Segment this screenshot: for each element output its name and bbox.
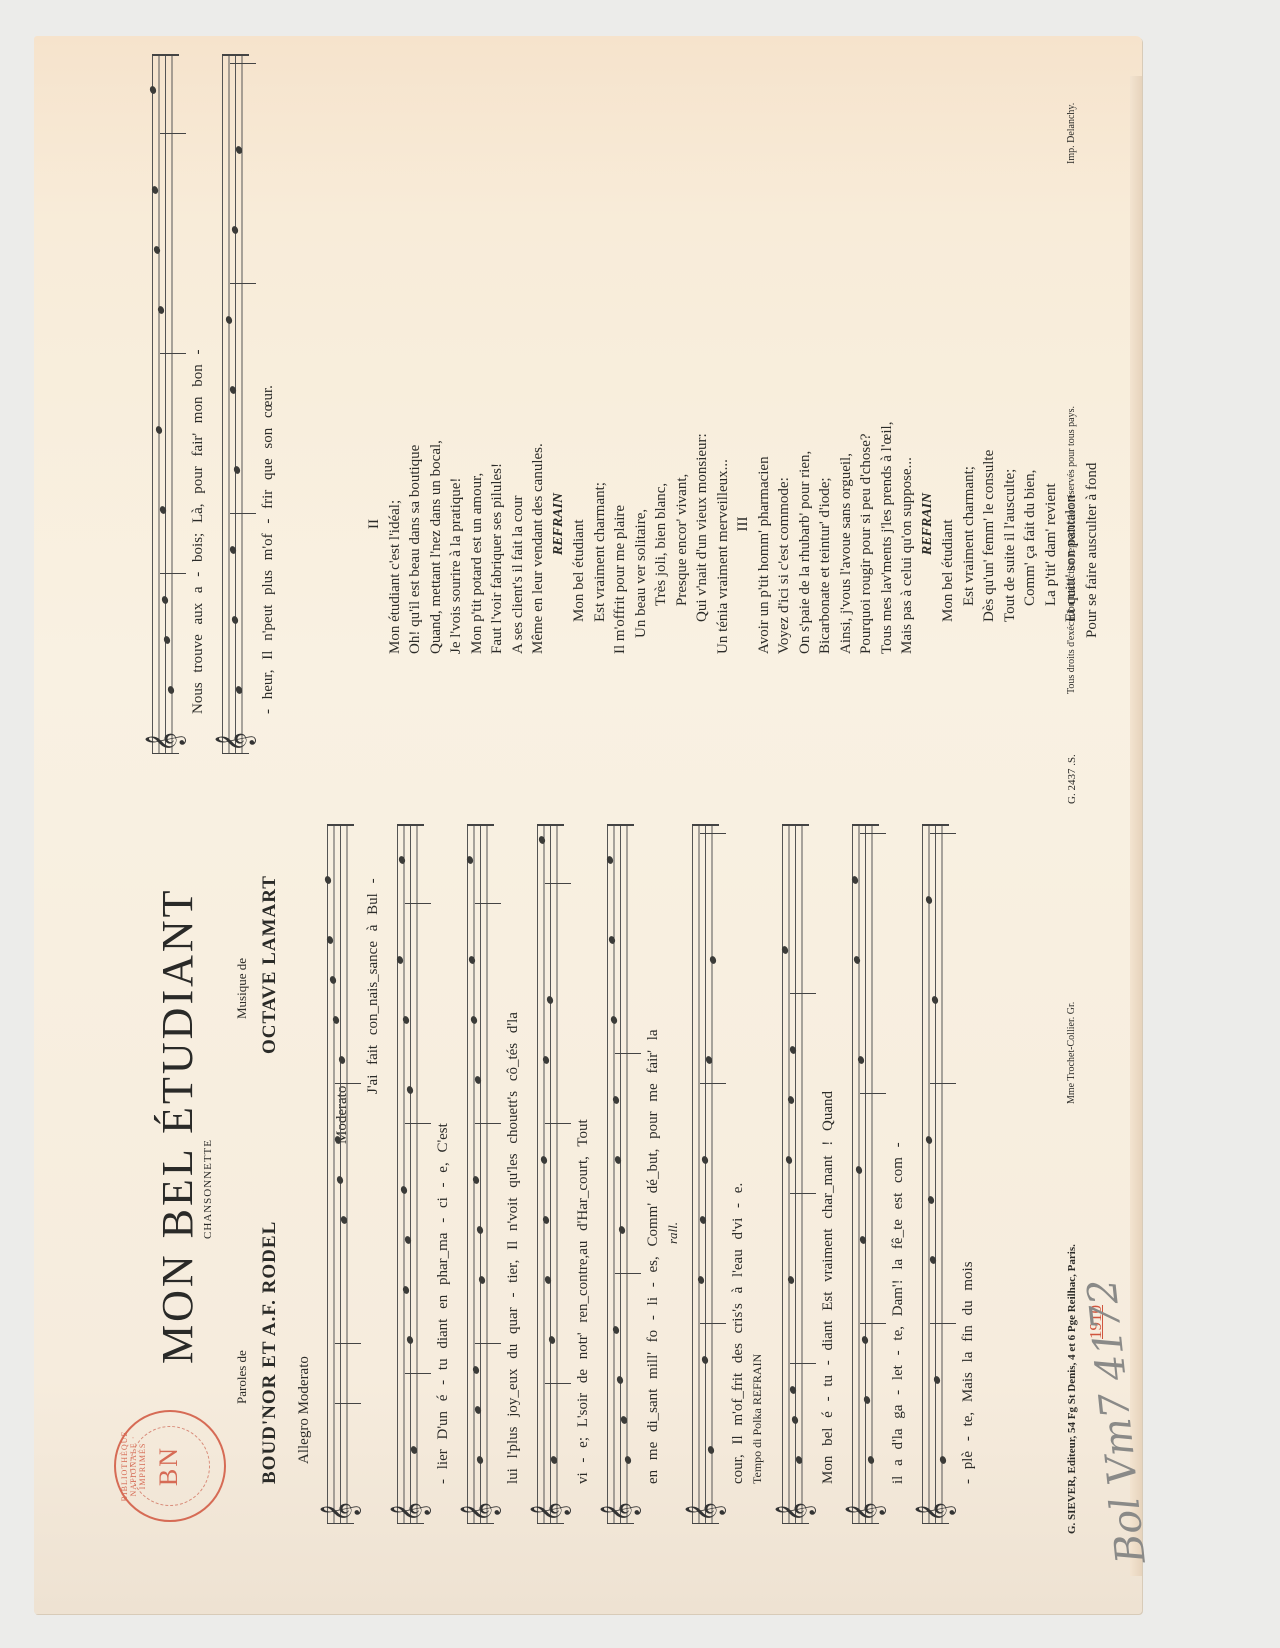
lyric-line: cour, Il m'of_frit des cris's à l'eau d'… xyxy=(730,1183,747,1484)
staff-system: 𝄞 - lier D'un é - tu diant en phar_ma - … xyxy=(389,824,459,1524)
refrain-line: Presque encor' vivant, xyxy=(672,394,693,654)
composer: OCTAVE LAMART xyxy=(259,875,281,1054)
staff-system: 𝄞 en me di_sant mill' fo - li - es, Comm… xyxy=(599,824,669,1524)
refrain-line: Mon bel étudiant xyxy=(938,394,959,654)
lyric-line: lui l'plus joy_eux du quar - tier, Il n'… xyxy=(505,1012,522,1484)
refrain-line: Pour se faire ausculter à fond xyxy=(1082,394,1103,654)
verse-line: On s'paie de la rhubarb' pour rien, xyxy=(795,394,816,654)
handwritten-shelfmark: Bol Vm7 4172 xyxy=(1079,1277,1155,1566)
tempo-marking: Allegro Moderato xyxy=(296,1356,313,1464)
lyric-line: - plè - te, Mais la fin du mois xyxy=(960,1261,977,1484)
refrain-line: Très joli, bien blanc, xyxy=(651,394,672,654)
refrain-section-label: Tempo di Polka REFRAIN xyxy=(750,1354,765,1484)
verse-line: Oh! qu'il est beau dans sa boutique xyxy=(405,394,426,654)
refrain-line: Mon bel étudiant xyxy=(569,394,590,654)
verse-line: Bicarbonate et teintur' d'iode; xyxy=(815,394,836,654)
refrain-line: Un ténia vraiment merveilleux... xyxy=(713,394,734,654)
verses-column: 𝄞 Nous trouve aux a - bois; Là, pour fai… xyxy=(34,44,1142,804)
lyric-line: J'ai fait con_nais_sance à Bul - xyxy=(365,878,382,1094)
stamp-initials: BN xyxy=(154,1412,184,1520)
refrain-line: Comm' ça fait du bien, xyxy=(1020,394,1041,654)
song-subtitle: CHANSONNETTE xyxy=(202,1139,214,1239)
verse-line: Faut l'voir fabriquer ses pilules! xyxy=(487,394,508,654)
staff-system: 𝄞 cour, Il m'of_frit des cris's à l'eau … xyxy=(684,824,754,1524)
refrain-line: Est vraiment charmant; xyxy=(959,394,980,654)
lyric-line: Nous trouve aux a - bois; Là, pour fair'… xyxy=(190,350,207,714)
treble-clef-icon: 𝄞 xyxy=(463,1502,497,1522)
staff-system: 𝄞 Nous trouve aux a - bois; Là, pour fai… xyxy=(144,54,214,754)
staff-system: 𝄞 il a d'la ga - let - te, Dam'! la fê_t… xyxy=(844,824,914,1524)
lyric-line: vi - e; L'soir de notr' ren_contre,au d'… xyxy=(575,1119,592,1484)
verse-line: Voyez d'ici si c'est commode: xyxy=(774,394,795,654)
staff-system: 𝄞 J'ai fait con_nais_sance à Bul - xyxy=(319,824,389,1524)
treble-clef-icon: 𝄞 xyxy=(323,1502,357,1522)
stamp-ring-text: BIBLIOTHÈQUE NATIONALE · IMPRIMÉS xyxy=(120,1412,147,1520)
lyric-line: en me di_sant mill' fo - li - es, Comm' … xyxy=(645,1029,662,1484)
staff-system: 𝄞 Mon bel é - tu - diant Est vraiment ch… xyxy=(774,824,844,1524)
refrain-line: Dès qu'un' femm' le consulte xyxy=(979,394,1000,654)
rights-notice: Tous droits d'exécution traduction repro… xyxy=(1066,406,1077,694)
song-title: MON BEL ÉTUDIANT xyxy=(152,887,203,1364)
sheet-music-page: BIBLIOTHÈQUE NATIONALE · IMPRIMÉS BN MON… xyxy=(34,36,1142,1614)
printer-credit: Imp. Delanchy. xyxy=(1066,103,1077,164)
treble-clef-icon: 𝄞 xyxy=(688,1502,722,1522)
treble-clef-icon: 𝄞 xyxy=(393,1502,427,1522)
refrain-line: Qui v'nait d'un vieux monsieur: xyxy=(692,394,713,654)
verse-line: Tous mes lav'ments j'les prends à l'œil, xyxy=(877,394,898,654)
publisher-line: G. SIEVER, Editeur, 54 Fg St Denis, 4 et… xyxy=(1066,1244,1078,1534)
lyricists: BOUD'NOR ET A.F. RODEL xyxy=(259,1221,281,1484)
score-column: BIBLIOTHÈQUE NATIONALE · IMPRIMÉS BN MON… xyxy=(34,814,1142,1574)
staff-system: 𝄞 lui l'plus joy_eux du quar - tier, Il … xyxy=(459,824,529,1524)
lyric-line: - lier D'un é - tu diant en phar_ma - ci… xyxy=(435,1123,452,1484)
refrain-label: REFRAIN xyxy=(918,394,939,654)
verse-line: Ainsi, j'vous l'avoue sans orgueil, xyxy=(836,394,857,654)
verse-line: Mais pas à celui qu'on suppose... xyxy=(897,394,918,654)
treble-clef-icon: 𝄞 xyxy=(778,1502,812,1522)
rallentando-marking: rall. xyxy=(665,1222,681,1244)
treble-clef-icon: 𝄞 xyxy=(148,732,182,752)
lyric-line: Mon bel é - tu - diant Est vraiment char… xyxy=(820,1091,837,1484)
music-by-label: Musique de xyxy=(234,958,250,1019)
staff: 𝄞 xyxy=(327,824,353,1524)
engraver-credit: Mme Trochet-Collier. Gr. xyxy=(1066,1002,1077,1104)
refrain-line: Est vraiment charmant; xyxy=(590,394,611,654)
verse-line: Quand, mettant l'nez dans un bocal, xyxy=(426,394,447,654)
verse-number: II xyxy=(364,394,385,654)
rotated-content: BIBLIOTHÈQUE NATIONALE · IMPRIMÉS BN MON… xyxy=(34,36,1142,1614)
verse-line: A ses client's il fait la cour xyxy=(508,394,529,654)
refrain-line: Il m'offrit pour me plaire xyxy=(610,394,631,654)
verse-line: Même en leur vendant des canules. xyxy=(528,394,549,654)
refrain-line: Tout de suite il l'ausculte; xyxy=(1000,394,1021,654)
verse-line: Pourquoi rougir pour si peu d'chose? xyxy=(856,394,877,654)
staff-system: 𝄞 - plè - te, Mais la fin du mois xyxy=(914,824,984,1524)
staff-system: 𝄞 vi - e; L'soir de notr' ren_contre,au … xyxy=(529,824,599,1524)
treble-clef-icon: 𝄞 xyxy=(603,1502,637,1522)
refrain-label: REFRAIN xyxy=(549,394,570,654)
treble-clef-icon: 𝄞 xyxy=(218,732,252,752)
plate-number: G. 2437 .S. xyxy=(1066,754,1078,804)
refrain-line: La p'tit' dam' revient xyxy=(1041,394,1062,654)
lyrics-by-label: Paroles de xyxy=(234,1350,250,1404)
verse-line: Je l'vois sourire à la pratique! xyxy=(446,394,467,654)
verse-line: Mon étudiant c'est l'idéal; xyxy=(385,394,406,654)
treble-clef-icon: 𝄞 xyxy=(918,1502,952,1522)
treble-clef-icon: 𝄞 xyxy=(848,1502,882,1522)
refrain-line: Un beau ver solitaire, xyxy=(631,394,652,654)
treble-clef-icon: 𝄞 xyxy=(533,1502,567,1522)
verse-number: III xyxy=(733,394,754,654)
staff-system: 𝄞 - heur, Il n'peut plus m'of - frir que… xyxy=(214,54,284,754)
lyric-line: - heur, Il n'peut plus m'of - frir que s… xyxy=(260,385,277,714)
library-stamp: BIBLIOTHÈQUE NATIONALE · IMPRIMÉS BN xyxy=(114,1410,226,1522)
verse-line: Avoir un p'tit homm' pharmacien xyxy=(754,394,775,654)
lyric-line: il a d'la ga - let - te, Dam'! la fê_te … xyxy=(890,1142,907,1484)
verse-line: Mon p'tit potard est un amour, xyxy=(467,394,488,654)
verses-block: II Mon étudiant c'est l'idéal; Oh! qu'il… xyxy=(364,394,1102,654)
